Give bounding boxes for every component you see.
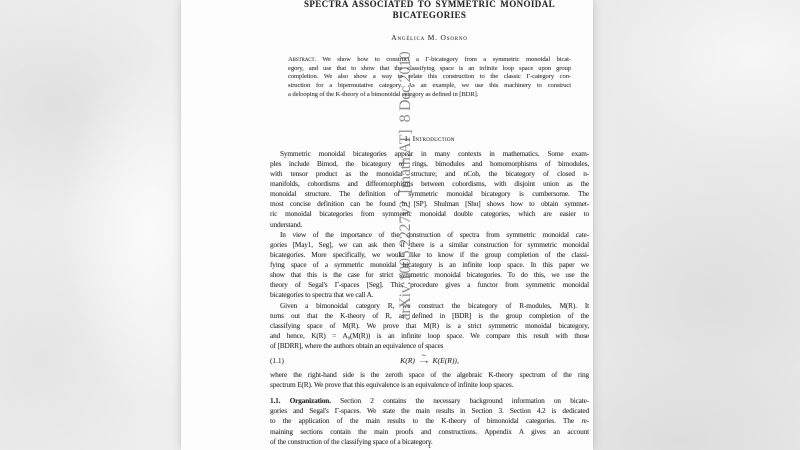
text-line: 1.1. Organization. Section 2 contains th… <box>270 396 589 406</box>
paper-author: Angélica M. Osorno <box>270 33 589 42</box>
text-line: to the application of the main results t… <box>270 416 589 426</box>
text-line: of [BDRR], where the authors obtain an e… <box>270 341 589 351</box>
text-line: gories and Segal's Γ-spaces. We state th… <box>270 406 589 416</box>
paragraph-4: where the right-hand side is the zeroth … <box>270 370 589 390</box>
text-line: monoidal structure. The definition of sy… <box>270 189 589 199</box>
paper-page: arXiv:1005.2227v2 [math.AT] 8 Dec 2010 S… <box>181 0 593 450</box>
text-line: understand. <box>270 220 589 230</box>
paragraph-2: In view of the importance of the constru… <box>270 230 589 301</box>
text-line: ples include Bimod, the bicategory of ri… <box>270 159 589 169</box>
equation-label: (1.1) <box>270 355 284 367</box>
organization-text: Section 2 contains the necessary backgro… <box>331 396 589 405</box>
text-line: manifolds, cobordisms and diffeomorphism… <box>270 179 589 189</box>
paper-content: SPECTRA ASSOCIATED TO SYMMETRIC MONOIDAL… <box>270 0 589 447</box>
text-line: show that this is the case for strict sy… <box>270 270 589 280</box>
page-number: 1 <box>270 442 589 450</box>
text-line: Abstract. We show how to construct a Γ-b… <box>288 56 571 65</box>
abstract-text: We show how to construct a Γ-bicategory … <box>316 56 571 63</box>
arrow-with-tilde-icon: ∼→ <box>420 355 428 367</box>
right-arrow: → <box>416 355 430 367</box>
organization-heading: 1.1. Organization. <box>270 396 331 405</box>
text-line: with tensor product as the monoidal stru… <box>270 169 589 179</box>
text-line: and hence, K(R) = A₀(M(R)) is an infinit… <box>270 331 589 341</box>
paragraph-3: Given a bimonoidal category R, we constr… <box>270 301 589 352</box>
text-line: classifying space of M(R). We prove that… <box>270 321 589 331</box>
text-line: fying space of a symmetric monoidal bica… <box>270 260 589 270</box>
text-line: theory of Segal's Γ-spaces [Seg]. This p… <box>270 280 589 290</box>
text-line: ric monoidal bicategories from symmetric… <box>270 209 589 219</box>
text-line: where the right-hand side is the zeroth … <box>270 370 589 380</box>
text-line: maining sections contain the main proofs… <box>270 427 589 437</box>
equation-row: (1.1) K(R)∼→K(E(R)), <box>270 355 589 367</box>
text-line: spectrum E(R). We prove that this equiva… <box>270 380 589 390</box>
abstract-label: Abstract. <box>288 56 316 63</box>
text-line: bicategories to spectra that we call A. <box>270 290 589 300</box>
text-line: most concise definition can be found in … <box>270 199 589 209</box>
text-line: struction for a bipermutative category. … <box>288 82 571 91</box>
text-line: completion. We also show a way to relate… <box>288 73 571 82</box>
text-line: bicategories. More specifically, we woul… <box>270 250 589 260</box>
equation-rhs: K(E(R)), <box>433 356 459 365</box>
text-line: gories [May1, Seg], we can ask then if t… <box>270 240 589 250</box>
text-line: egory, and use that to show that the cla… <box>288 65 571 74</box>
text-line: In view of the importance of the constru… <box>270 230 589 240</box>
paper-title: SPECTRA ASSOCIATED TO SYMMETRIC MONOIDAL… <box>270 0 589 21</box>
text-line: Given a bimonoidal category R, we constr… <box>270 301 589 311</box>
equation: K(R)∼→K(E(R)), <box>270 355 589 367</box>
paragraph-1: Symmetric monoidal bicategories appear i… <box>270 149 589 230</box>
text-line: turns out that the K-theory of R, as def… <box>270 311 589 321</box>
text-line: Symmetric monoidal bicategories appear i… <box>270 149 589 159</box>
text-line: a delooping of the K-theory of a bimonoi… <box>288 91 571 100</box>
organization-paragraph: 1.1. Organization. Section 2 contains th… <box>270 396 589 447</box>
section-heading: 1. Introduction <box>270 134 589 144</box>
title-line: BICATEGORIES <box>270 10 589 21</box>
equation-lhs: K(R) <box>400 356 415 365</box>
title-line: SPECTRA ASSOCIATED TO SYMMETRIC MONOIDAL <box>270 0 589 10</box>
abstract: Abstract. We show how to construct a Γ-b… <box>270 56 589 100</box>
